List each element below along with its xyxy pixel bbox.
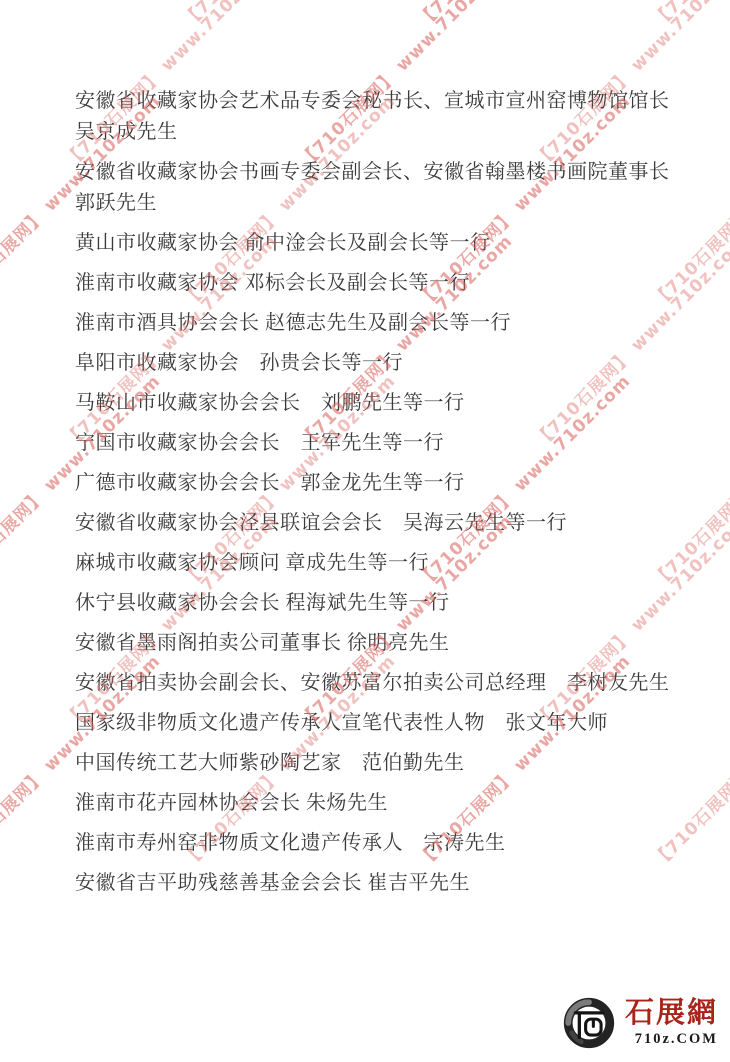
attendee-entry: 安徽省收藏家协会艺术品专委会秘书长、宣城市宣州窑博物馆馆长 吴京成先生 bbox=[75, 86, 680, 148]
logo-site-name: 石展網 bbox=[625, 999, 718, 1028]
attendee-entry: 休宁县收藏家协会会长 程海斌先生等一行 bbox=[75, 588, 680, 619]
attendee-entry: 淮南市花卉园林协会会长 朱炀先生 bbox=[75, 788, 680, 819]
document-page: 安徽省收藏家协会艺术品专委会秘书长、宣城市宣州窑博物馆馆长 吴京成先生 安徽省收… bbox=[0, 0, 730, 1062]
attendee-entry: 安徽省收藏家协会书画专委会副会长、安徽省翰墨楼书画院董事长 郭跃先生 bbox=[75, 157, 680, 219]
attendee-entry: 黄山市收藏家协会 俞中淦会长及副会长等一行 bbox=[75, 228, 680, 259]
attendee-entry: 中国传统工艺大师紫砂陶艺家 范伯勤先生 bbox=[75, 748, 680, 779]
attendee-entry: 淮南市收藏家协会 邓标会长及副会长等一行 bbox=[75, 268, 680, 299]
attendee-entry: 麻城市收藏家协会顾问 章成先生等一行 bbox=[75, 548, 680, 579]
attendee-entry: 广德市收藏家协会会长 郭金龙先生等一行 bbox=[75, 468, 680, 499]
attendee-entry: 宁国市收藏家协会会长 王军先生等一行 bbox=[75, 428, 680, 459]
attendee-entry: 马鞍山市收藏家协会会长 刘鹏先生等一行 bbox=[75, 388, 680, 419]
attendee-entry: 淮南市酒具协会会长 赵德志先生及副会长等一行 bbox=[75, 308, 680, 339]
site-logo: 石展網 710z.COM bbox=[560, 994, 718, 1052]
attendee-entry: 安徽省墨雨阁拍卖公司董事长 徐明亮先生 bbox=[75, 628, 680, 659]
attendee-entry: 阜阳市收藏家协会 孙贵会长等一行 bbox=[75, 348, 680, 379]
attendee-list: 安徽省收藏家协会艺术品专委会秘书长、宣城市宣州窑博物馆馆长 吴京成先生 安徽省收… bbox=[0, 0, 720, 899]
attendee-entry: 国家级非物质文化遗产传承人宣笔代表性人物 张文年大师 bbox=[75, 708, 680, 739]
attendee-entry: 安徽省吉平助残慈善基金会会长 崔吉平先生 bbox=[75, 868, 680, 899]
attendee-entry: 安徽省收藏家协会泾县联谊会会长 吴海云先生等一行 bbox=[75, 508, 680, 539]
attendee-entry: 淮南市寿州窑非物质文化遗产传承人 宗涛先生 bbox=[75, 828, 680, 859]
logo-site-domain: 710z.COM bbox=[625, 1031, 718, 1048]
stone-seal-icon bbox=[560, 994, 618, 1052]
attendee-entry: 安徽省拍卖协会副会长、安徽苏富尔拍卖公司总经理 李树友先生 bbox=[75, 668, 680, 699]
